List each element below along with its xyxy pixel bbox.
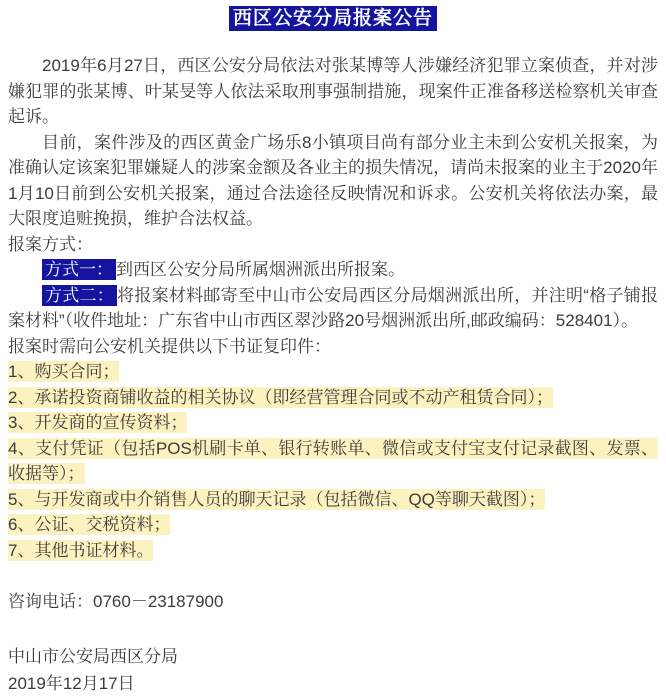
document-list-item: 4、支付凭证（包括POS机刷卡单、银行转账单、微信或支付宝支付记录截图、发票、收… bbox=[8, 436, 658, 487]
method-2-label: 方式二： bbox=[42, 285, 117, 306]
document-list-item: 5、与开发商或中介销售人员的聊天记录（包括微信、QQ等聊天截图）； bbox=[8, 487, 658, 513]
method-2-line: 方式二：将报案材料邮寄至中山市公安局西区分局烟洲派出所，并注明“格子铺报案材料”… bbox=[8, 283, 658, 334]
notice-title: 西区公安分局报案公告 bbox=[229, 6, 437, 31]
document-list-item: 2、承诺投资商铺收益的相关协议（即经营管理合同或不动产租赁合同）； bbox=[8, 385, 658, 411]
signature-block: 中山市公安局西区分局 2019年12月17日 bbox=[8, 643, 658, 697]
contact-phone: 咨询电话：0760－23187900 bbox=[8, 589, 658, 615]
document-list-item: 3、开发商的宣传资料； bbox=[8, 410, 658, 436]
method-1-line: 方式一：到西区公安分局所属烟洲派出所报案。 bbox=[8, 257, 658, 283]
method-1-text: 到西区公安分局所属烟洲派出所报案。 bbox=[116, 260, 405, 279]
document-list-item: 6、公证、交税资料； bbox=[8, 512, 658, 538]
document-list-item: 1、购买合同； bbox=[8, 359, 658, 385]
document-list-item: 7、其他书证材料。 bbox=[8, 538, 658, 564]
paragraph-case-filing: 2019年6月27日，西区公安分局依法对张某博等人涉嫌经济犯罪立案侦查，并对涉嫌… bbox=[8, 53, 658, 130]
method-1-label: 方式一： bbox=[42, 259, 116, 280]
notice-title-row: 西区公安分局报案公告 bbox=[8, 6, 658, 32]
documents-intro: 报案时需向公安机关提供以下书证复印件： bbox=[8, 334, 658, 360]
document-item-text: 6、公证、交税资料； bbox=[8, 514, 170, 535]
document-item-text: 3、开发商的宣传资料； bbox=[8, 412, 187, 433]
paragraph-call-to-report: 目前，案件涉及的西区黄金广场乐8小镇项目尚有部分业主未到公安机关报案，为准确认定… bbox=[8, 130, 658, 232]
document-item-text: 1、购买合同； bbox=[8, 361, 119, 382]
document-item-text: 2、承诺投资商铺收益的相关协议（即经营管理合同或不动产租赁合同）； bbox=[8, 387, 553, 408]
footer-date: 2019年12月17日 bbox=[8, 670, 658, 697]
notice-document: 西区公安分局报案公告 2019年6月27日，西区公安分局依法对张某博等人涉嫌经济… bbox=[0, 0, 666, 699]
document-item-text: 4、支付凭证（包括POS机刷卡单、银行转账单、微信或支付宝支付记录截图、发票、收… bbox=[8, 438, 658, 485]
report-methods-heading: 报案方式： bbox=[8, 232, 658, 258]
document-item-text: 7、其他书证材料。 bbox=[8, 540, 153, 561]
document-item-text: 5、与开发商或中介销售人员的聊天记录（包括微信、QQ等聊天截图）； bbox=[8, 489, 545, 510]
footer-org: 中山市公安局西区分局 bbox=[8, 643, 658, 670]
